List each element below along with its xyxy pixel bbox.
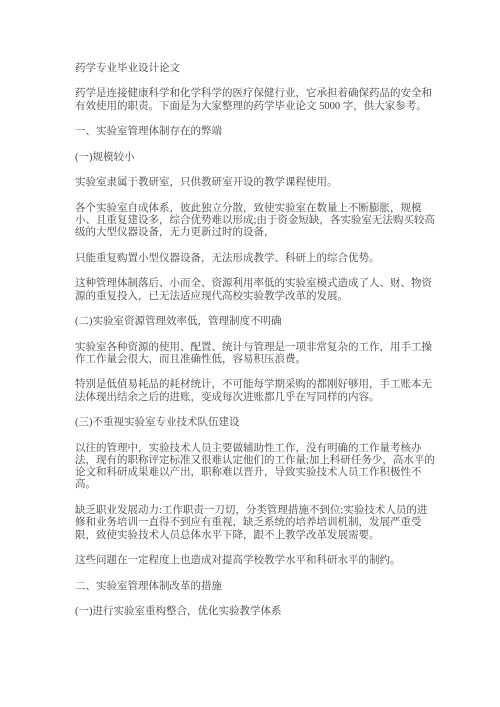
intro-paragraph: 药学是连接健康科学和化学科学的医疗保健行业，它承担着确保药品的安全和 有效使用的… [75,88,437,113]
document-title: 药学专业毕业设计论文 [75,63,437,75]
paragraph-conclusion: 这些问题在一定程度上也造成对提高学校教学水平和科研水平的制约。 [75,555,437,567]
section-2-heading: 二、实验室管理体制改革的措施 [75,581,437,593]
document-content: 药学专业毕业设计论文 药学是连接健康科学和化学科学的医疗保健行业，它承担着确保药… [75,63,437,618]
paragraph-resource-2: 特别是低值易耗品的耗材统计，不可能每学期采购的都刚好够用，手工账本无 法体现出结… [75,379,437,404]
paragraph-resource-1: 实验室各种资源的使用、配置、统计与管理是一项非常复杂的工作，用手工操 作工作量会… [75,342,437,367]
document-page: 药学专业毕业设计论文 药学是连接健康科学和化学科学的医疗保健行业，它承担着确保药… [0,0,500,707]
section-1-sub-2-heading: (二)实验室资源管理效率低，管理制度不明确 [75,316,437,328]
paragraph-scale-4: 这种管理体制落后、小而全、资源利用率低的实验室模式造成了人、财、物资 源的重复投… [75,278,437,303]
paragraph-staff-2: 缺乏职业发展动力:工作职责一刀切，分类管理措施不到位;实验技术人员的进 修和业务… [75,505,437,542]
paragraph-scale-3: 只能重复购置小型仪器设备，无法形成教学、科研上的综合优势。 [75,253,437,265]
paragraph-scale-1: 实验室隶属于教研室，只供教研室开设的教学课程使用。 [75,177,437,189]
section-1-sub-3-heading: (三)不重视实验室专业技术队伍建设 [75,417,437,429]
section-1-heading: 一、实验室管理体制存在的弊端 [75,126,437,138]
section-2-sub-1-heading: (一)进行实验室重构整合，优化实验教学体系 [75,606,437,618]
paragraph-staff-1: 以往的管理中，实验技术人员主要做辅助性工作，没有明确的工作量考核办 法，现有的职… [75,443,437,492]
section-1-sub-1-heading: (一)规模较小 [75,152,437,164]
paragraph-scale-2: 各个实验室自成体系，彼此独立分散，致使实验室在数量上不断膨胀，规模 小、且重复建… [75,203,437,240]
